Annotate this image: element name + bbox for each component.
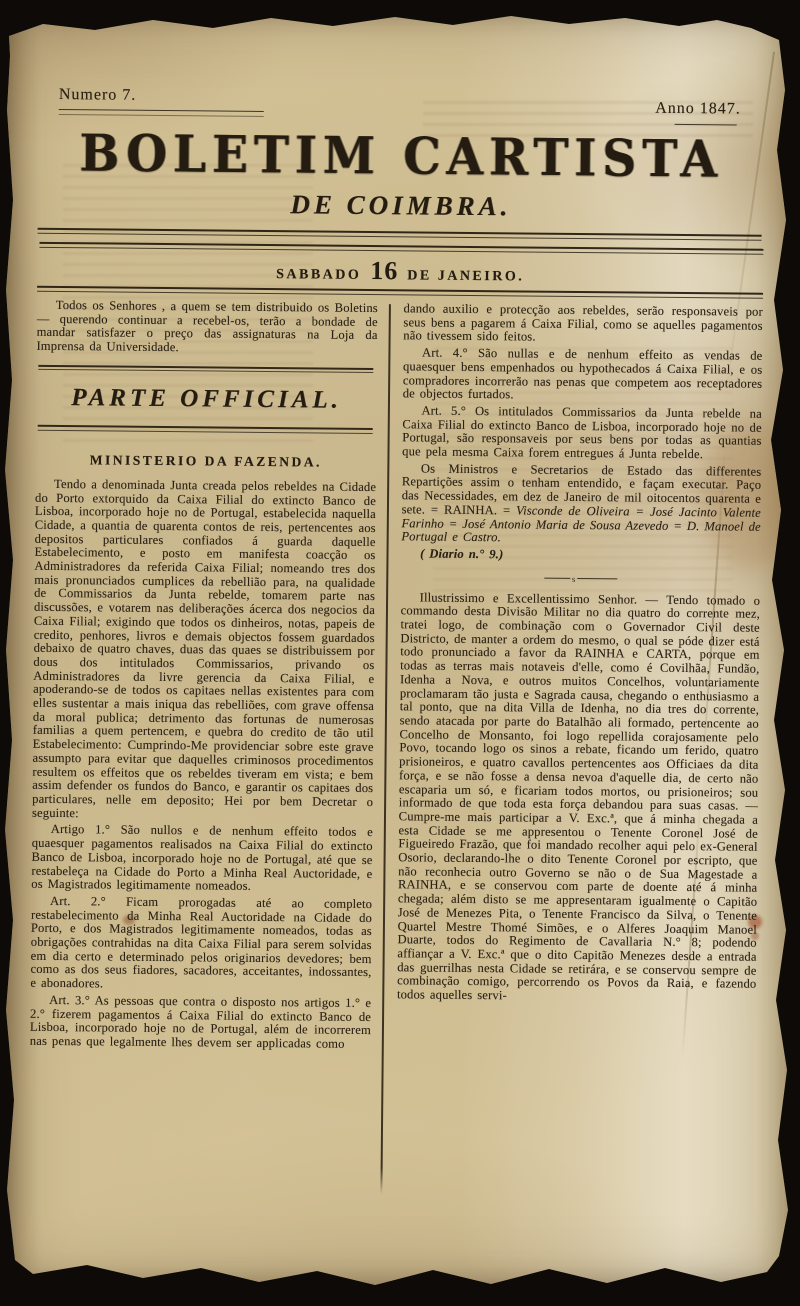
masthead-subtitle: DE COIMBRA. <box>38 187 764 225</box>
left-column: Todos os Senhores , a quem se tem distri… <box>28 299 389 1194</box>
issue-underline <box>59 109 264 117</box>
section-rule-top <box>38 365 373 374</box>
issue-number: Numero 7. <box>59 86 264 106</box>
article-3: Art. 3.° As pessoas que contra o dispost… <box>30 994 372 1052</box>
issue-header: Numero 7. Anno 1847. <box>39 86 765 129</box>
year-label: Anno 1847. <box>655 100 741 119</box>
right-column: dando auxilio e protecção aos rebeldes, … <box>382 302 763 1198</box>
section-rule-bottom <box>38 425 373 434</box>
masthead-rule-top <box>38 228 762 241</box>
year-underline <box>675 124 737 129</box>
masthead-rule-bottom <box>39 242 763 255</box>
article-2: Art. 2.° Ficam prorogadas até ao complet… <box>30 895 372 994</box>
section-separator: s <box>401 575 760 582</box>
diario-reference: ( Diario n.° 9.) <box>401 547 760 564</box>
subscription-notice: Todos os Senhores , a quem se tem distri… <box>36 299 378 357</box>
official-section-title: PARTE OFFICIAL. <box>36 384 377 415</box>
continuation-paragraph: dando auxilio e protecção aos rebeldes, … <box>403 302 763 347</box>
masthead-title: BOLETIM CARTISTA <box>38 124 765 190</box>
military-letter: Illustrissimo e Excellentissimo Senhor. … <box>397 591 760 1006</box>
decree-preamble: Tendo a denominada Junta creada pelos re… <box>32 478 376 824</box>
dateline-number: 16 <box>370 256 398 286</box>
dateline: SABBADO 16 DE JANEIRO. <box>37 253 763 290</box>
text-columns: Todos os Senhores , a quem se tem distri… <box>28 299 763 1198</box>
article-4: Art. 4.° São nullas e de nenhum effeito … <box>403 346 763 404</box>
issue-block: Numero 7. <box>59 86 264 117</box>
dateline-day: SABBADO <box>276 267 361 284</box>
article-1: Artigo 1.° São nullos e de nenhum effeit… <box>31 823 373 895</box>
ministry-heading: MINISTERIO DA FAZENDA. <box>35 452 376 471</box>
dateline-month: DE JANEIRO. <box>407 268 524 285</box>
article-5: Art. 5.° Os intitulados Commissarios da … <box>402 404 762 462</box>
year-block: Anno 1847. <box>655 100 741 129</box>
ministers-closing: Os Ministros e Secretarios de Estado das… <box>401 462 761 548</box>
printed-content: Numero 7. Anno 1847. BOLETIM CARTISTA DE… <box>28 86 765 1198</box>
newspaper-page: Numero 7. Anno 1847. BOLETIM CARTISTA DE… <box>3 10 795 1294</box>
